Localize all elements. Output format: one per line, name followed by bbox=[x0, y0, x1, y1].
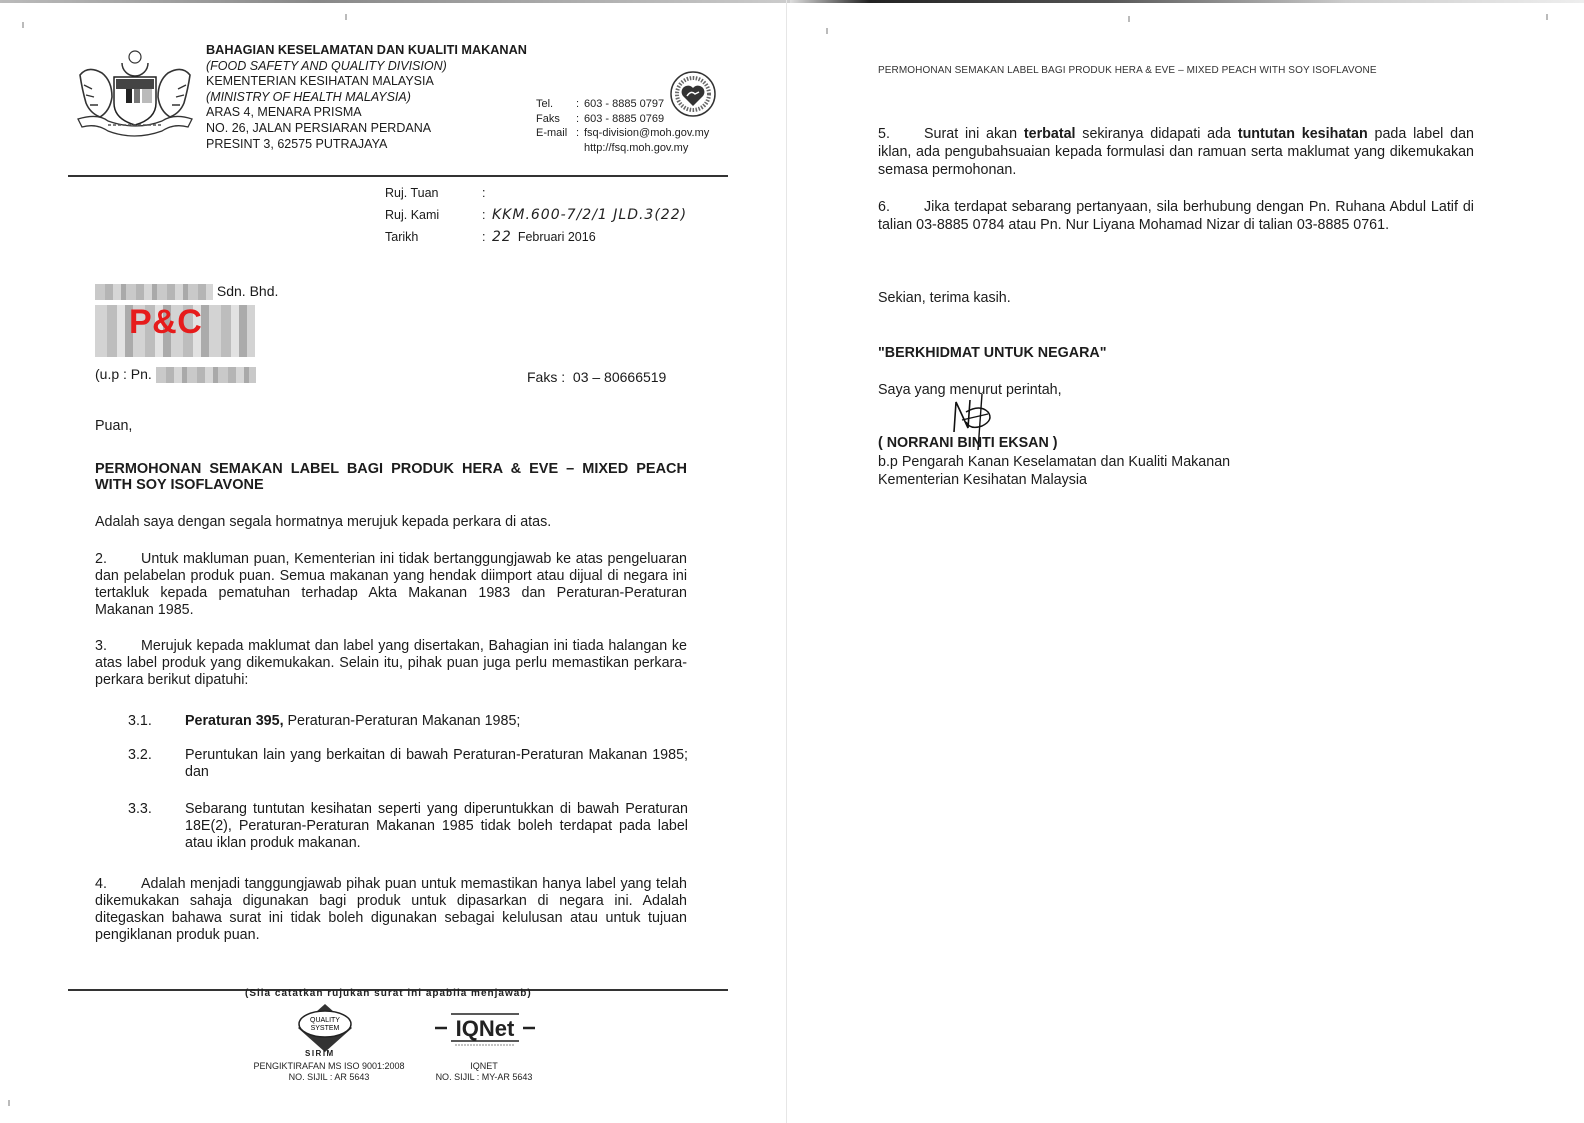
malaysia-coat-of-arms-icon bbox=[70, 45, 200, 141]
salutation: Puan, bbox=[95, 418, 687, 435]
email-link[interactable]: fsq-division@moh.gov.my bbox=[584, 126, 709, 141]
scan-edge bbox=[0, 0, 790, 3]
our-ref-value: KKM.600-7/2/1 JLD.3(22) bbox=[492, 204, 687, 226]
date-label: Tarikh bbox=[385, 226, 482, 248]
paragraph-5: 5.Surat ini akan terbatal sekiranya dida… bbox=[878, 125, 1474, 179]
paragraph-2: 2.Untuk makluman puan, Kementerian ini t… bbox=[95, 551, 687, 619]
header-divider bbox=[68, 175, 728, 177]
recipient-fax: Faks : 03 – 80666519 bbox=[527, 369, 666, 385]
redacted-attention-name bbox=[156, 367, 256, 383]
list-item: 3.2. Peruntukan lain yang berkaitan di b… bbox=[128, 747, 688, 781]
ministry-name-en: (MINISTRY OF HEALTH MALAYSIA) bbox=[206, 90, 527, 106]
sirim-label: SIRIM bbox=[305, 1049, 335, 1058]
date-day: 22 bbox=[492, 226, 512, 248]
date-month-year: Februari 2016 bbox=[518, 226, 596, 248]
redacted-company bbox=[95, 284, 213, 300]
scan-edge bbox=[790, 0, 1584, 3]
your-ref-label: Ruj. Tuan bbox=[385, 182, 482, 204]
tel-label: Tel. bbox=[536, 97, 576, 112]
company-suffix: Sdn. Bhd. bbox=[217, 283, 279, 299]
signatory-organisation: Kementerian Kesihatan Malaysia bbox=[878, 471, 1474, 489]
running-header: PERMOHONAN SEMAKAN LABEL BAGI PRODUK HER… bbox=[878, 65, 1377, 76]
motto: "BERKHIDMAT UNTUK NEGARA" bbox=[878, 344, 1474, 362]
letter-page-1: BAHAGIAN KESELAMATAN DAN KUALITI MAKANAN… bbox=[0, 0, 790, 1123]
svg-text:QUALITY: QUALITY bbox=[310, 1017, 340, 1024]
signatory-position: b.p Pengarah Kanan Keselamatan dan Kuali… bbox=[878, 453, 1474, 471]
scan-speck bbox=[22, 22, 24, 28]
ministry-name: KEMENTERIAN KESIHATAN MALAYSIA bbox=[206, 74, 527, 90]
heart-hand-logo-icon bbox=[669, 70, 717, 118]
paragraph-6: 6.Jika terdapat sebarang pertanyaan, sil… bbox=[878, 198, 1474, 234]
fax-value: 603 - 8885 0769 bbox=[584, 112, 664, 127]
scan-speck bbox=[8, 1100, 10, 1106]
list-item: 3.3. Sebarang tuntutan kesihatan seperti… bbox=[128, 801, 688, 852]
address-line: ARAS 4, MENARA PRISMA bbox=[206, 105, 527, 121]
pc-watermark: P&C bbox=[129, 303, 202, 342]
letter-subject: PERMOHONAN SEMAKAN LABEL BAGI PRODUK HER… bbox=[95, 461, 687, 493]
division-name: BAHAGIAN KESELAMATAN DAN KUALITI MAKANAN bbox=[206, 43, 527, 59]
list-item: 3.1. Peraturan 395, Peraturan-Peraturan … bbox=[128, 713, 688, 730]
page-divider bbox=[786, 0, 787, 1123]
fax-label: Faks bbox=[536, 112, 576, 127]
sirim-certificate: PENGIKTIRAFAN MS ISO 9001:2008 NO. SIJIL… bbox=[244, 1061, 414, 1083]
our-ref-label: Ruj. Kami bbox=[385, 204, 482, 226]
scan-speck bbox=[345, 14, 347, 20]
address-line: PRESINT 3, 62575 PUTRAJAYA bbox=[206, 137, 527, 153]
division-name-en: (FOOD SAFETY AND QUALITY DIVISION) bbox=[206, 59, 527, 75]
iqnet-certificate: IQNET NO. SIJIL : MY-AR 5643 bbox=[424, 1061, 544, 1083]
scan-speck bbox=[826, 28, 828, 34]
email-label: E-mail bbox=[536, 126, 576, 141]
iqnet-logo-icon: IQNet bbox=[433, 1012, 537, 1048]
reference-block: Ruj. Tuan: Ruj. Kami:KKM.600-7/2/1 JLD.3… bbox=[385, 182, 687, 248]
paragraph-4: 4.Adalah menjadi tanggungjawab pihak pua… bbox=[95, 876, 687, 944]
footer-reference-note: (Sila catatkan rujukan surat ini apabila… bbox=[245, 988, 532, 999]
tel-value: 603 - 8885 0797 bbox=[584, 97, 664, 112]
scan-speck bbox=[1128, 16, 1130, 22]
paragraph-3: 3.Merujuk kepada maklumat dan label yang… bbox=[95, 638, 687, 689]
closing: Sekian, terima kasih. bbox=[878, 289, 1474, 307]
letterhead: BAHAGIAN KESELAMATAN DAN KUALITI MAKANAN… bbox=[206, 43, 527, 152]
opening-paragraph: Adalah saya dengan segala hormatnya meru… bbox=[95, 514, 687, 531]
scan-speck bbox=[1546, 14, 1548, 20]
svg-text:IQNet: IQNet bbox=[456, 1016, 515, 1041]
website-link[interactable]: http://fsq.moh.gov.my bbox=[536, 141, 709, 156]
attention-prefix: (u.p : Pn. bbox=[95, 366, 152, 382]
signatory-name: ( NORRANI BINTI EKSAN ) bbox=[878, 434, 1474, 452]
recipient-fax-value: 03 – 80666519 bbox=[573, 369, 666, 385]
svg-text:SYSTEM: SYSTEM bbox=[311, 1025, 340, 1032]
address-line: NO. 26, JALAN PERSIARAN PERDANA bbox=[206, 121, 527, 137]
